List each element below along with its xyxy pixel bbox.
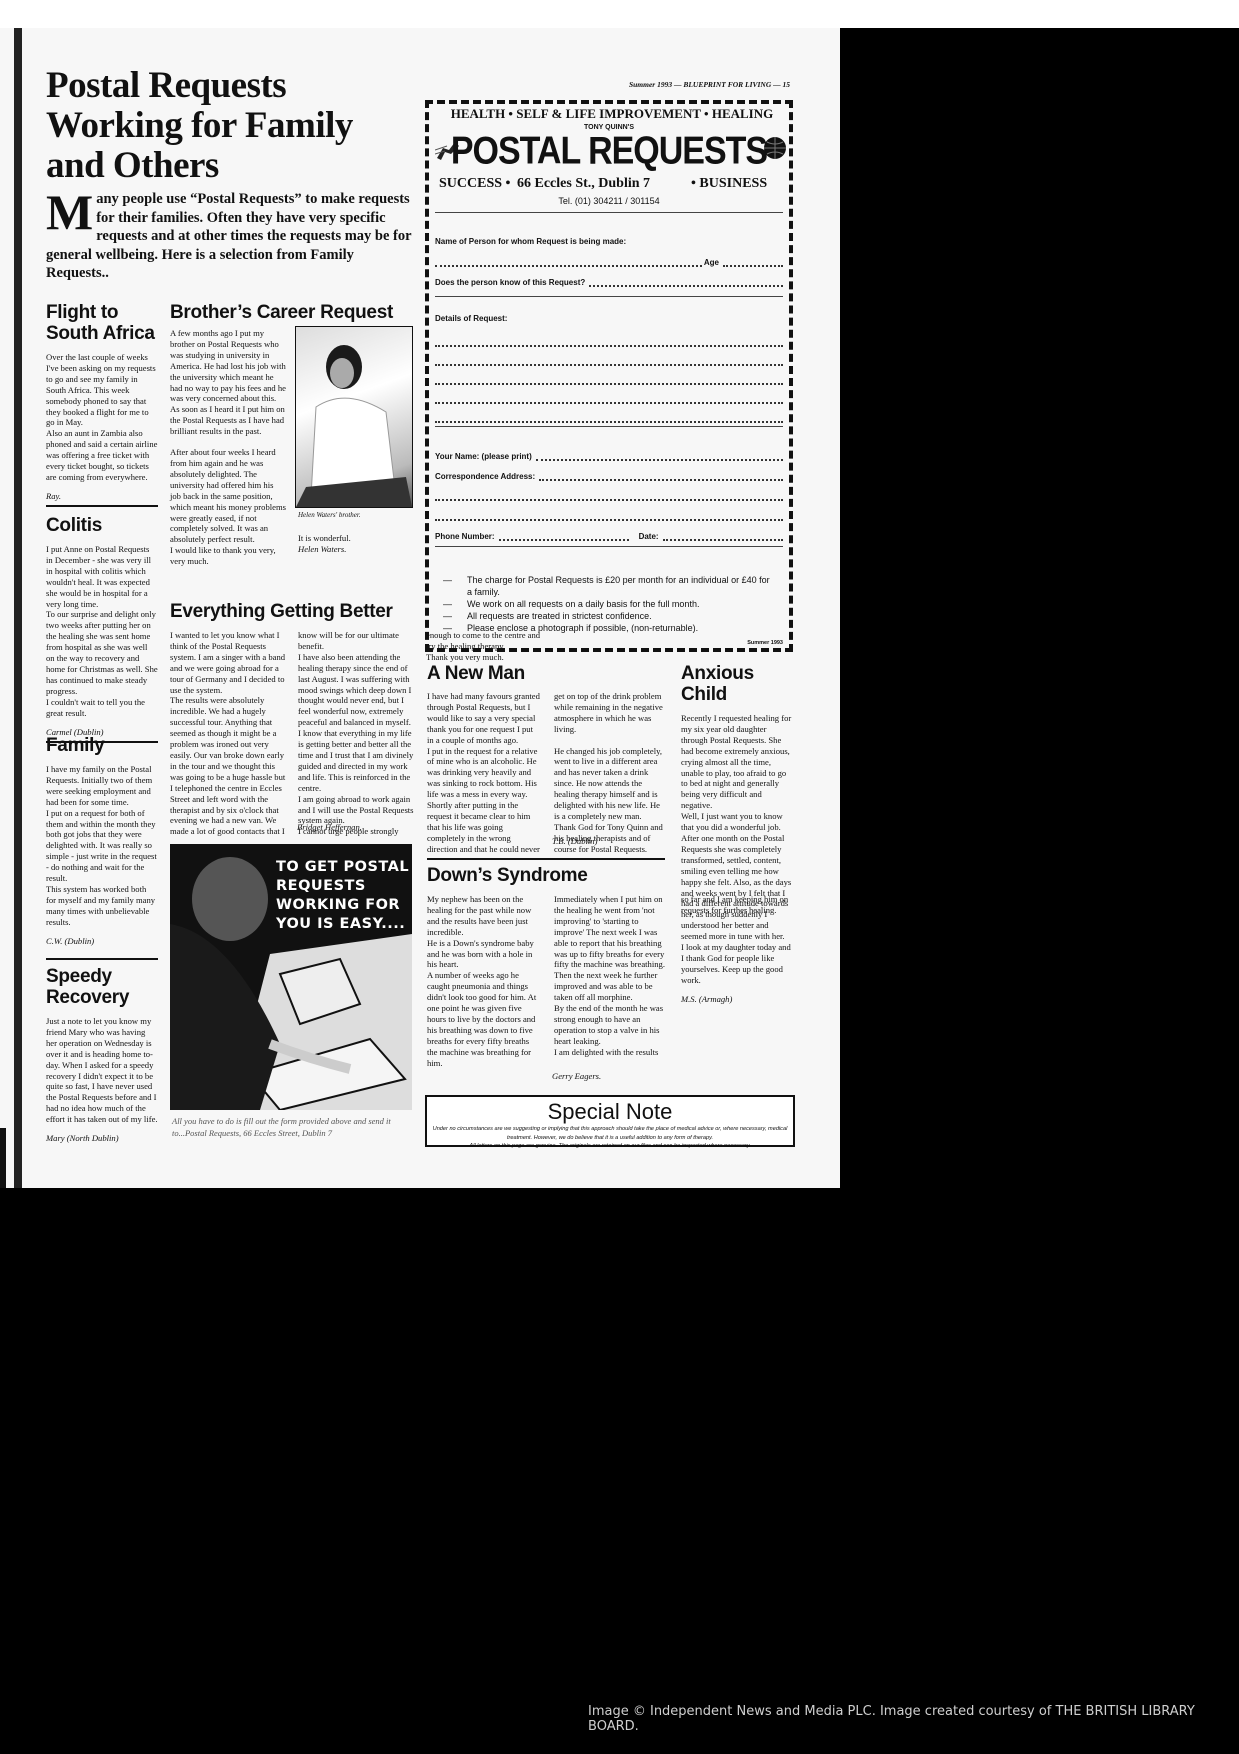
letter-body: Over the last couple of weeks I've been … [46,352,158,483]
letter-body: I put Anne on Postal Requests in Decembe… [46,544,158,719]
letter-family: Family I have my family on the Postal Re… [46,735,158,960]
input-line[interactable] [435,336,783,347]
image-credit: Image © Independent News and Media PLC. … [588,1704,1239,1734]
section-title: Family [46,735,158,756]
coupon-brand: POSTAL REQUESTS [425,129,793,174]
top-margin [0,0,1239,28]
letter-body: I wanted to let you know what I think of… [170,630,414,844]
input-line[interactable] [589,276,783,287]
input-line[interactable] [435,490,783,501]
portrait-photo [295,326,413,508]
divider [435,296,783,297]
letter-body: A few months ago I put my brother on Pos… [170,328,286,567]
field-label: Does the person know of this Request? [435,278,585,287]
promo-caption: All you have to do is fill out the form … [172,1115,412,1139]
field-person-name-line[interactable]: Age [435,256,783,267]
signature: M.S. (Armagh) [681,994,793,1004]
details-line[interactable] [435,336,783,347]
newspaper-page: Summer 1993 — BLUEPRINT FOR LIVING — 15 … [0,28,840,1188]
divider [427,858,665,860]
term-item: —All requests are treated in strictest c… [443,610,773,622]
promo-headline: TO GET POSTAL REQUESTS WORKING FOR YOU I… [276,858,410,934]
signature: C.W. (Dublin) [46,936,158,946]
divider [435,426,783,427]
letter-newman: A New Man [427,663,663,684]
section-title: Down’s Syndrome [427,865,663,886]
phone-input-line[interactable] [499,530,629,541]
page-spine [14,28,22,1188]
coupon-address: 66 Eccles St., Dublin 7 [517,176,650,192]
page-masthead: Summer 1993 — BLUEPRINT FOR LIVING — 15 [590,80,790,89]
headline-line: Working for Family [46,106,406,146]
globe-icon [763,136,787,160]
coupon-terms: —The charge for Postal Requests is £20 p… [443,574,773,634]
age-input-line[interactable] [723,256,783,267]
divider [46,505,158,507]
input-line[interactable] [435,355,783,366]
section-title: Flight to South Africa [46,302,158,344]
headline-line: Postal Requests [46,66,406,106]
divider [46,958,158,960]
field-address[interactable]: Correspondence Address: [435,470,783,481]
request-coupon[interactable]: HEALTH • SELF & LIFE IMPROVEMENT • HEALI… [425,100,793,652]
page-headline: Postal Requests Working for Family and O… [46,66,406,186]
field-label: Correspondence Address: [435,472,535,481]
field-label: Name of Person for whom Request is being… [435,237,626,246]
signature: Ray. [46,491,158,501]
special-note-title: Special Note [427,1099,793,1125]
field-label: Phone Number: [435,532,495,541]
term-item: —The charge for Postal Requests is £20 p… [443,574,773,598]
intro-paragraph: M any people use “Postal Requests” to ma… [46,190,418,283]
term-item: —Please enclose a photograph if possible… [443,622,773,634]
divider [435,212,783,213]
signature: Helen Waters. [298,544,408,555]
input-line[interactable] [435,256,702,267]
paragraph: A few months ago I put my brother on Pos… [170,328,286,437]
drop-cap: M [46,192,93,232]
photo-caption: Helen Waters' brother. [298,511,361,519]
details-line[interactable] [435,374,783,385]
page-edge [0,1128,6,1188]
input-line[interactable] [435,412,783,423]
paragraph: After about four weeks I heard from him … [170,447,286,567]
letter-speedy: Speedy Recovery Just a note to let you k… [46,966,158,1143]
field-person-name[interactable]: Name of Person for whom Request is being… [435,237,783,246]
field-label: Age [704,258,719,267]
signature: T.B. (Dublin) [552,836,597,846]
section-title: Anxious Child [681,663,793,705]
input-line[interactable] [536,450,783,461]
section-title: Brother’s Career Request [170,302,414,323]
signature: Gerry Eagers. [552,1071,601,1081]
letter-better: Everything Getting Better I wanted to le… [170,601,414,844]
letter-downs: Down’s Syndrome [427,865,663,886]
field-label: Date: [639,532,659,541]
details-line[interactable] [435,355,783,366]
field-label: Your Name: (please print) [435,452,532,461]
coupon-arc-bottom-left: SUCCESS • [439,176,510,192]
section-title: A New Man [427,663,663,684]
field-label: Details of Request: [435,314,507,323]
letter-colitis: Colitis I put Anne on Postal Requests in… [46,515,158,743]
letter-closing: It is wonderful. Helen Waters. [298,533,408,555]
details-line[interactable] [435,412,783,423]
address-line[interactable] [435,490,783,501]
special-note-disclaimer: Under no circumstances are we suggesting… [427,1125,793,1142]
field-phone-date[interactable]: Phone Number: Date: [435,530,783,541]
date-input-line[interactable] [663,530,783,541]
letter-body: I have had many favours granted through … [427,691,667,856]
coupon-arc-bottom-right: • BUSINESS [691,176,767,192]
field-knows[interactable]: Does the person know of this Request? [435,276,783,287]
closing-text: It is wonderful. [298,533,408,544]
details-line[interactable] [435,393,783,404]
letter-body: I have my family on the Postal Requests.… [46,764,158,928]
field-your-name[interactable]: Your Name: (please print) [435,450,783,461]
letter-body: My nephew has been on the healing for th… [427,894,667,1074]
signature: Mary (North Dublin) [46,1133,158,1143]
person-silhouette-icon [296,327,412,507]
promo-image: TO GET POSTAL REQUESTS WORKING FOR YOU I… [170,844,412,1110]
section-title: Everything Getting Better [170,601,414,622]
term-item: —We work on all requests on a daily basi… [443,598,773,610]
input-line[interactable] [435,393,783,404]
field-details[interactable]: Details of Request: [435,314,783,323]
letter-brother: Brother’s Career Request [170,302,414,323]
letter-anxious: Anxious Child Recently I requested heali… [681,663,793,1004]
input-line[interactable] [539,470,783,481]
coupon-stamp: Summer 1993 [747,640,783,646]
coupon-arc-top: HEALTH • SELF & LIFE IMPROVEMENT • HEALI… [447,106,777,122]
divider [435,546,783,547]
signature: Bridget Heffernan. [297,822,362,832]
special-note-genuine: All letters on this page are genuine. Th… [427,1142,793,1151]
section-title: Colitis [46,515,158,536]
letter-flight: Flight to South Africa Over the last cou… [46,302,158,507]
headline-line: and Others [46,146,406,186]
letter-body: Just a note to let you know my friend Ma… [46,1016,158,1125]
address-line[interactable] [435,510,783,521]
letter-body: Recently I requested healing for my six … [681,713,793,986]
intro-text: any people use “Postal Requests” to make… [46,191,411,281]
input-line[interactable] [435,510,783,521]
section-title: Speedy Recovery [46,966,158,1008]
special-note-box: Special Note Under no circumstances are … [425,1095,795,1147]
input-line[interactable] [435,374,783,385]
coupon-tel: Tel. (01) 304211 / 301154 [425,196,793,206]
